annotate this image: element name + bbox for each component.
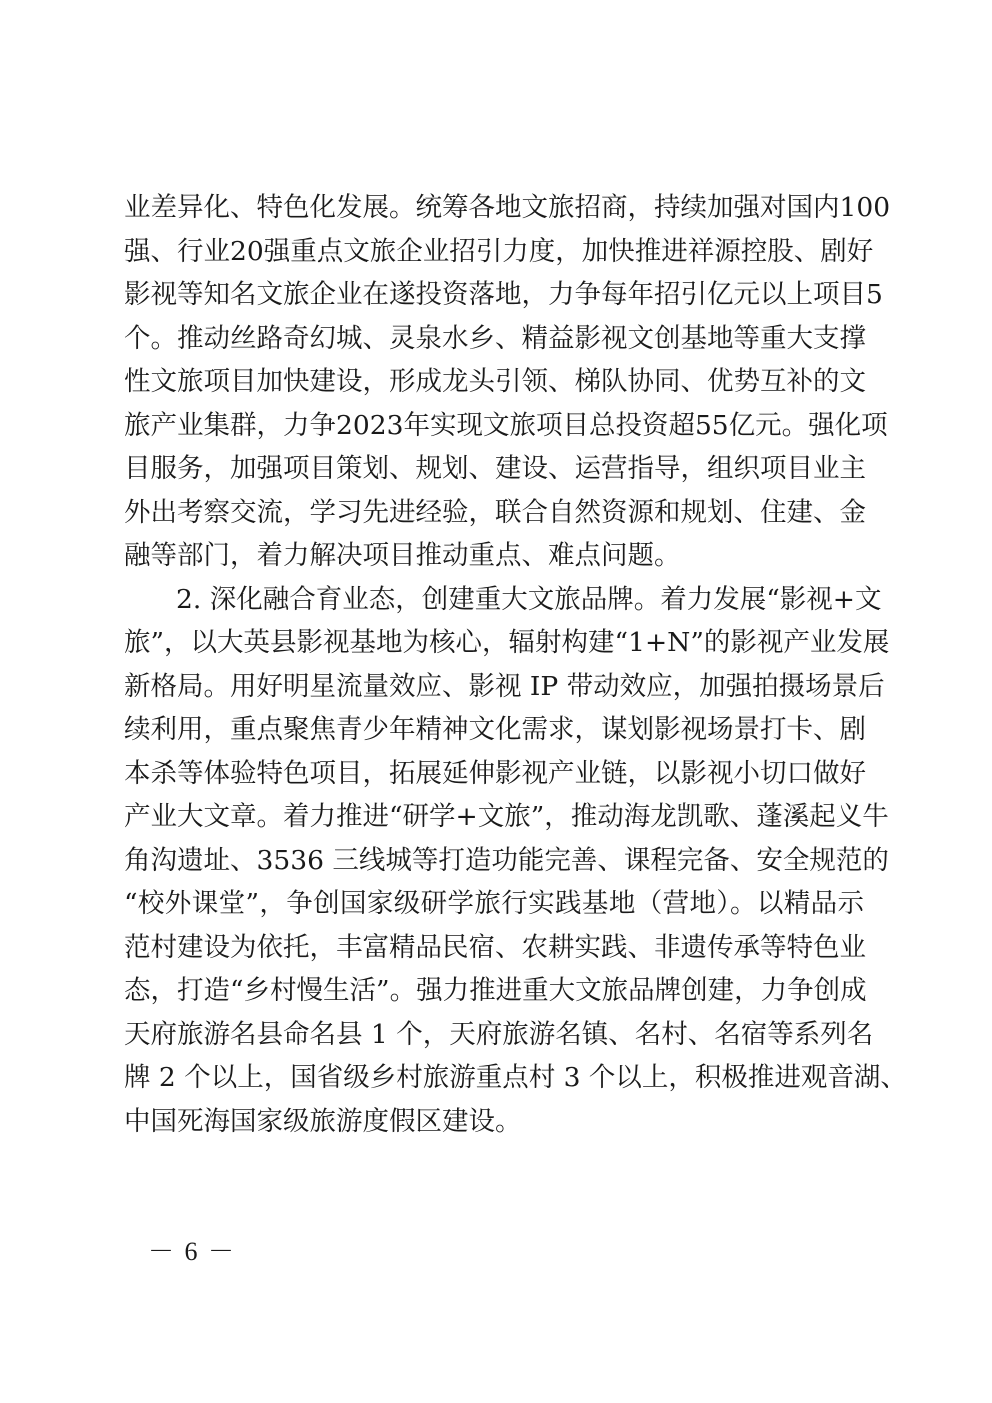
text-line: 本杀等体验特色项目，拓展延伸影视产业链，以影视小切口做好 — [124, 752, 864, 796]
text-line: 天府旅游名县命名县 1 个，天府旅游名镇、名村、名宿等系列名 — [124, 1013, 864, 1057]
text-line: 角沟遗址、3536 三线城等打造功能完善、课程完备、安全规范的 — [124, 839, 864, 883]
text-line: 外出考察交流，学习先进经验，联合自然资源和规划、住建、金 — [124, 491, 864, 535]
text-line: 牌 2 个以上，国省级乡村旅游重点村 3 个以上，积极推进观音湖、 — [124, 1056, 864, 1100]
text-line: 续利用，重点聚焦青少年精神文化需求，谋划影视场景打卡、剧 — [124, 708, 864, 752]
paragraph-heading-line: 2. 深化融合育业态，创建重大文旅品牌。着力发展“影视+文 — [124, 578, 864, 622]
text-line: 目服务，加强项目策划、规划、建设、运营指导，组织项目业主 — [124, 447, 864, 491]
text-line: 旅产业集群，力争2023年实现文旅项目总投资超55亿元。强化项 — [124, 404, 864, 448]
document-page: 业差异化、特色化发展。统筹各地文旅招商，持续加强对国内100 强、行业20强重点… — [0, 0, 992, 1403]
text-line: 性文旅项目加快建设，形成龙头引领、梯队协同、优势互补的文 — [124, 360, 864, 404]
text-line: 强、行业20强重点文旅企业招引力度，加快推进祥源控股、剧好 — [124, 230, 864, 274]
page-number: － 6 － — [148, 1231, 236, 1268]
body-text: 业差异化、特色化发展。统筹各地文旅招商，持续加强对国内100 强、行业20强重点… — [124, 186, 864, 1143]
text-line: 融等部门，着力解决项目推动重点、难点问题。 — [124, 534, 864, 578]
text-line: 旅”，以大英县影视基地为核心，辐射构建“1+N”的影视产业发展 — [124, 621, 864, 665]
text-line: 新格局。用好明星流量效应、影视 IP 带动效应，加强拍摄场景后 — [124, 665, 864, 709]
text-line: 中国死海国家级旅游度假区建设。 — [124, 1100, 864, 1144]
text-line: 产业大文章。着力推进“研学+文旅”，推动海龙凯歌、蓬溪起义牛 — [124, 795, 864, 839]
text-line: 业差异化、特色化发展。统筹各地文旅招商，持续加强对国内100 — [124, 186, 864, 230]
text-line: 影视等知名文旅企业在遂投资落地，力争每年招引亿元以上项目5 — [124, 273, 864, 317]
text-line: 个。推动丝路奇幻城、灵泉水乡、精益影视文创基地等重大支撑 — [124, 317, 864, 361]
text-line: 态，打造“乡村慢生活”。强力推进重大文旅品牌创建，力争创成 — [124, 969, 864, 1013]
text-line: “校外课堂”，争创国家级研学旅行实践基地（营地）。以精品示 — [124, 882, 864, 926]
text-line: 范村建设为依托，丰富精品民宿、农耕实践、非遗传承等特色业 — [124, 926, 864, 970]
